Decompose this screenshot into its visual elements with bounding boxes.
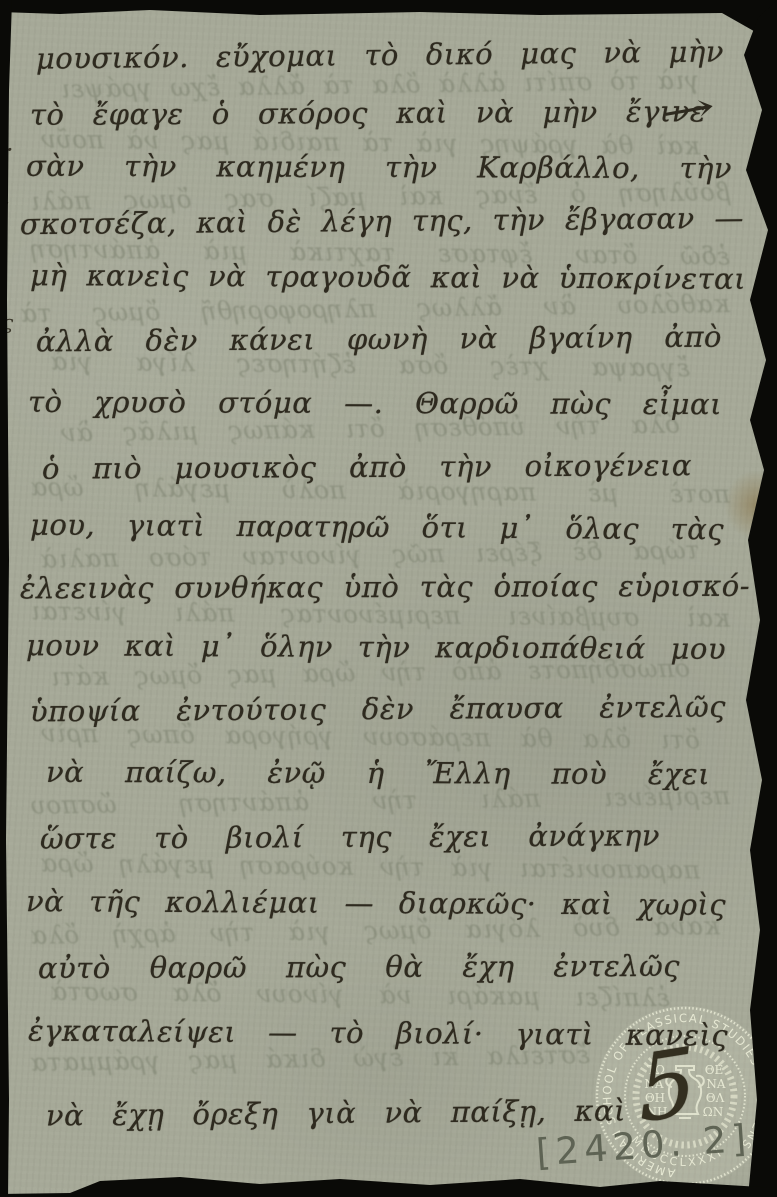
manuscript-line-4: σκοτσέζα, καὶ δὲ λέγη της, τὴν ἔβγασαν —: [20, 201, 744, 259]
manuscript-line-2: τὸ ἔφαγε ὁ σκόρος καὶ νὰ μὴν ἔγινε: [30, 94, 706, 150]
manuscript-line-15: νὰ τῆς κολλιέμαι — διαρκῶς· καὶ χωρὶς: [26, 884, 726, 940]
manuscript-line-12: ὑποψία ἐντούτοις δὲν ἔπαυσα ἐντελῶς: [30, 690, 726, 747]
manuscript-line-7: τὸ χρυσὸ στόμα —. Θαρρῶ πὼς εἶμαι: [28, 385, 722, 439]
manuscript-line-9: μου, γιατὶ παρατηρῶ ὅτι μ᾽ ὅλας τὰς: [30, 508, 724, 565]
scan-edge-left: [0, 0, 12, 1197]
manuscript-line-13: νὰ παίζω, ἐνῷ ἡ Ἔλλη ποὺ ἔχει: [46, 755, 710, 809]
ink-arrow-flourish: →: [658, 83, 719, 138]
margin-mark: ‚: [1, 242, 9, 270]
scanned-letter-page: AMERICAN SCHOOL OF CLASSICAL STUDIES AT …: [0, 0, 777, 1197]
margin-mark: ς: [2, 310, 13, 334]
edge-stain: [724, 470, 764, 540]
manuscript-line-6: ἀλλὰ δὲν κάνει φωνὴ νὰ βγαίνη ἀπὸ: [36, 320, 722, 377]
manuscript-line-16: αὐτὸ θαρρῶ πὼς θὰ ἔχη ἐντελῶς: [38, 949, 680, 1003]
manuscript-line-10: ἐλεεινὰς συνθήκας ὑπὸ τὰς ὁποίας εὑρισκό…: [20, 569, 750, 624]
seal-letters: ΝΑ: [706, 1077, 726, 1091]
seal-letters: ΘΛ: [706, 1091, 725, 1105]
manuscript-line-1: μουσικόν. εὔχομαι τὸ δικό μας νὰ μὴν: [36, 34, 725, 93]
seal-letters: ΩΝ: [703, 1105, 723, 1119]
manuscript-line-5: μὴ κανεὶς νὰ τραγουδᾶ καὶ νὰ ὑποκρίνεται: [30, 258, 746, 314]
margin-mark: ’: [2, 198, 10, 226]
manuscript-line-17: ἐγκαταλείψει — τὸ βιολί· γιατὶ κανεὶς: [28, 1014, 728, 1071]
manuscript-line-3: σὰν τὴν καημένη τὴν Καρβάλλο, τὴν: [26, 149, 732, 203]
manuscript-line-11: μουν καὶ μ᾽ ὅλην τὴν καρδιοπάθειά μου: [26, 628, 726, 684]
manuscript-line-14: ὥστε τὸ βιολί της ἔχει ἀνάγκην: [40, 818, 660, 873]
margin-mark: ·: [6, 136, 14, 164]
manuscript-line-8: ὁ πιὸ μουσικὸς ἀπὸ τὴν οἰκογένεια: [42, 448, 692, 503]
